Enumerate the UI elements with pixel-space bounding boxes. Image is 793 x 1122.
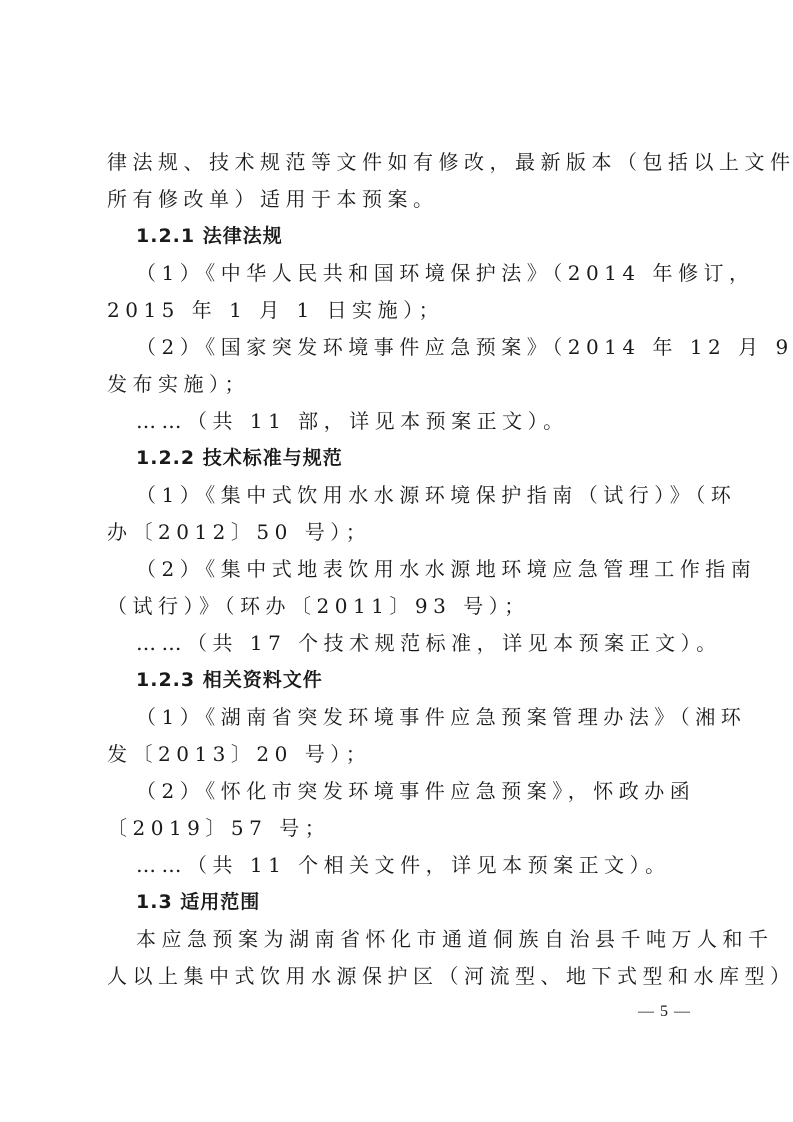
reference-item-1-cont: 发〔2013〕20 号）； <box>107 736 687 773</box>
law-summary: ……（共 11 部，详见本预案正文）。 <box>107 403 687 440</box>
section-heading-1-2-2: 1.2.2 技术标准与规范 <box>107 440 687 477</box>
standard-summary: ……（共 17 个技术规范标准，详见本预案正文）。 <box>107 625 687 662</box>
reference-summary: ……（共 11 个相关文件，详见本预案正文）。 <box>107 847 687 884</box>
standard-item-2: （2）《集中式地表饮用水水源地环境应急管理工作指南 <box>107 551 687 588</box>
standard-item-2-cont: （试行）》（环办〔2011〕93 号）； <box>107 588 687 625</box>
reference-item-2-cont: 〔2019〕57 号； <box>107 810 687 847</box>
law-item-2-cont: 发布实施）； <box>107 366 687 403</box>
document-page: 律法规、技术规范等文件如有修改，最新版本（包括以上文件 所有修改单）适用于本预案… <box>107 144 687 995</box>
section-heading-1-2-1: 1.2.1 法律法规 <box>107 218 687 255</box>
scope-paragraph-line-1: 本应急预案为湖南省怀化市通道侗族自治县千吨万人和千 <box>107 921 687 958</box>
law-item-1: （1）《中华人民共和国环境保护法》（2014 年修订， <box>107 255 687 292</box>
body-line-1: 律法规、技术规范等文件如有修改，最新版本（包括以上文件 <box>107 144 687 181</box>
reference-item-2: （2）《怀化市突发环境事件应急预案》，怀政办函 <box>107 773 687 810</box>
section-heading-1-2-3: 1.2.3 相关资料文件 <box>107 662 687 699</box>
standard-item-1-cont: 办〔2012〕50 号）； <box>107 514 687 551</box>
scope-paragraph-line-2: 人以上集中式饮用水源保护区（河流型、地下式型和水库型） <box>107 958 687 995</box>
law-item-2: （2）《国家突发环境事件应急预案》（2014 年 12 月 9 号 <box>107 329 687 366</box>
reference-item-1: （1）《湖南省突发环境事件应急预案管理办法》（湘环 <box>107 699 687 736</box>
law-item-1-cont: 2015 年 1 月 1 日实施）； <box>107 292 687 329</box>
body-line-2: 所有修改单）适用于本预案。 <box>107 181 687 218</box>
standard-item-1: （1）《集中式饮用水水源环境保护指南（试行）》（环 <box>107 477 687 514</box>
section-heading-1-3: 1.3 适用范围 <box>107 884 687 921</box>
page-number: — 5 — <box>638 1003 691 1021</box>
